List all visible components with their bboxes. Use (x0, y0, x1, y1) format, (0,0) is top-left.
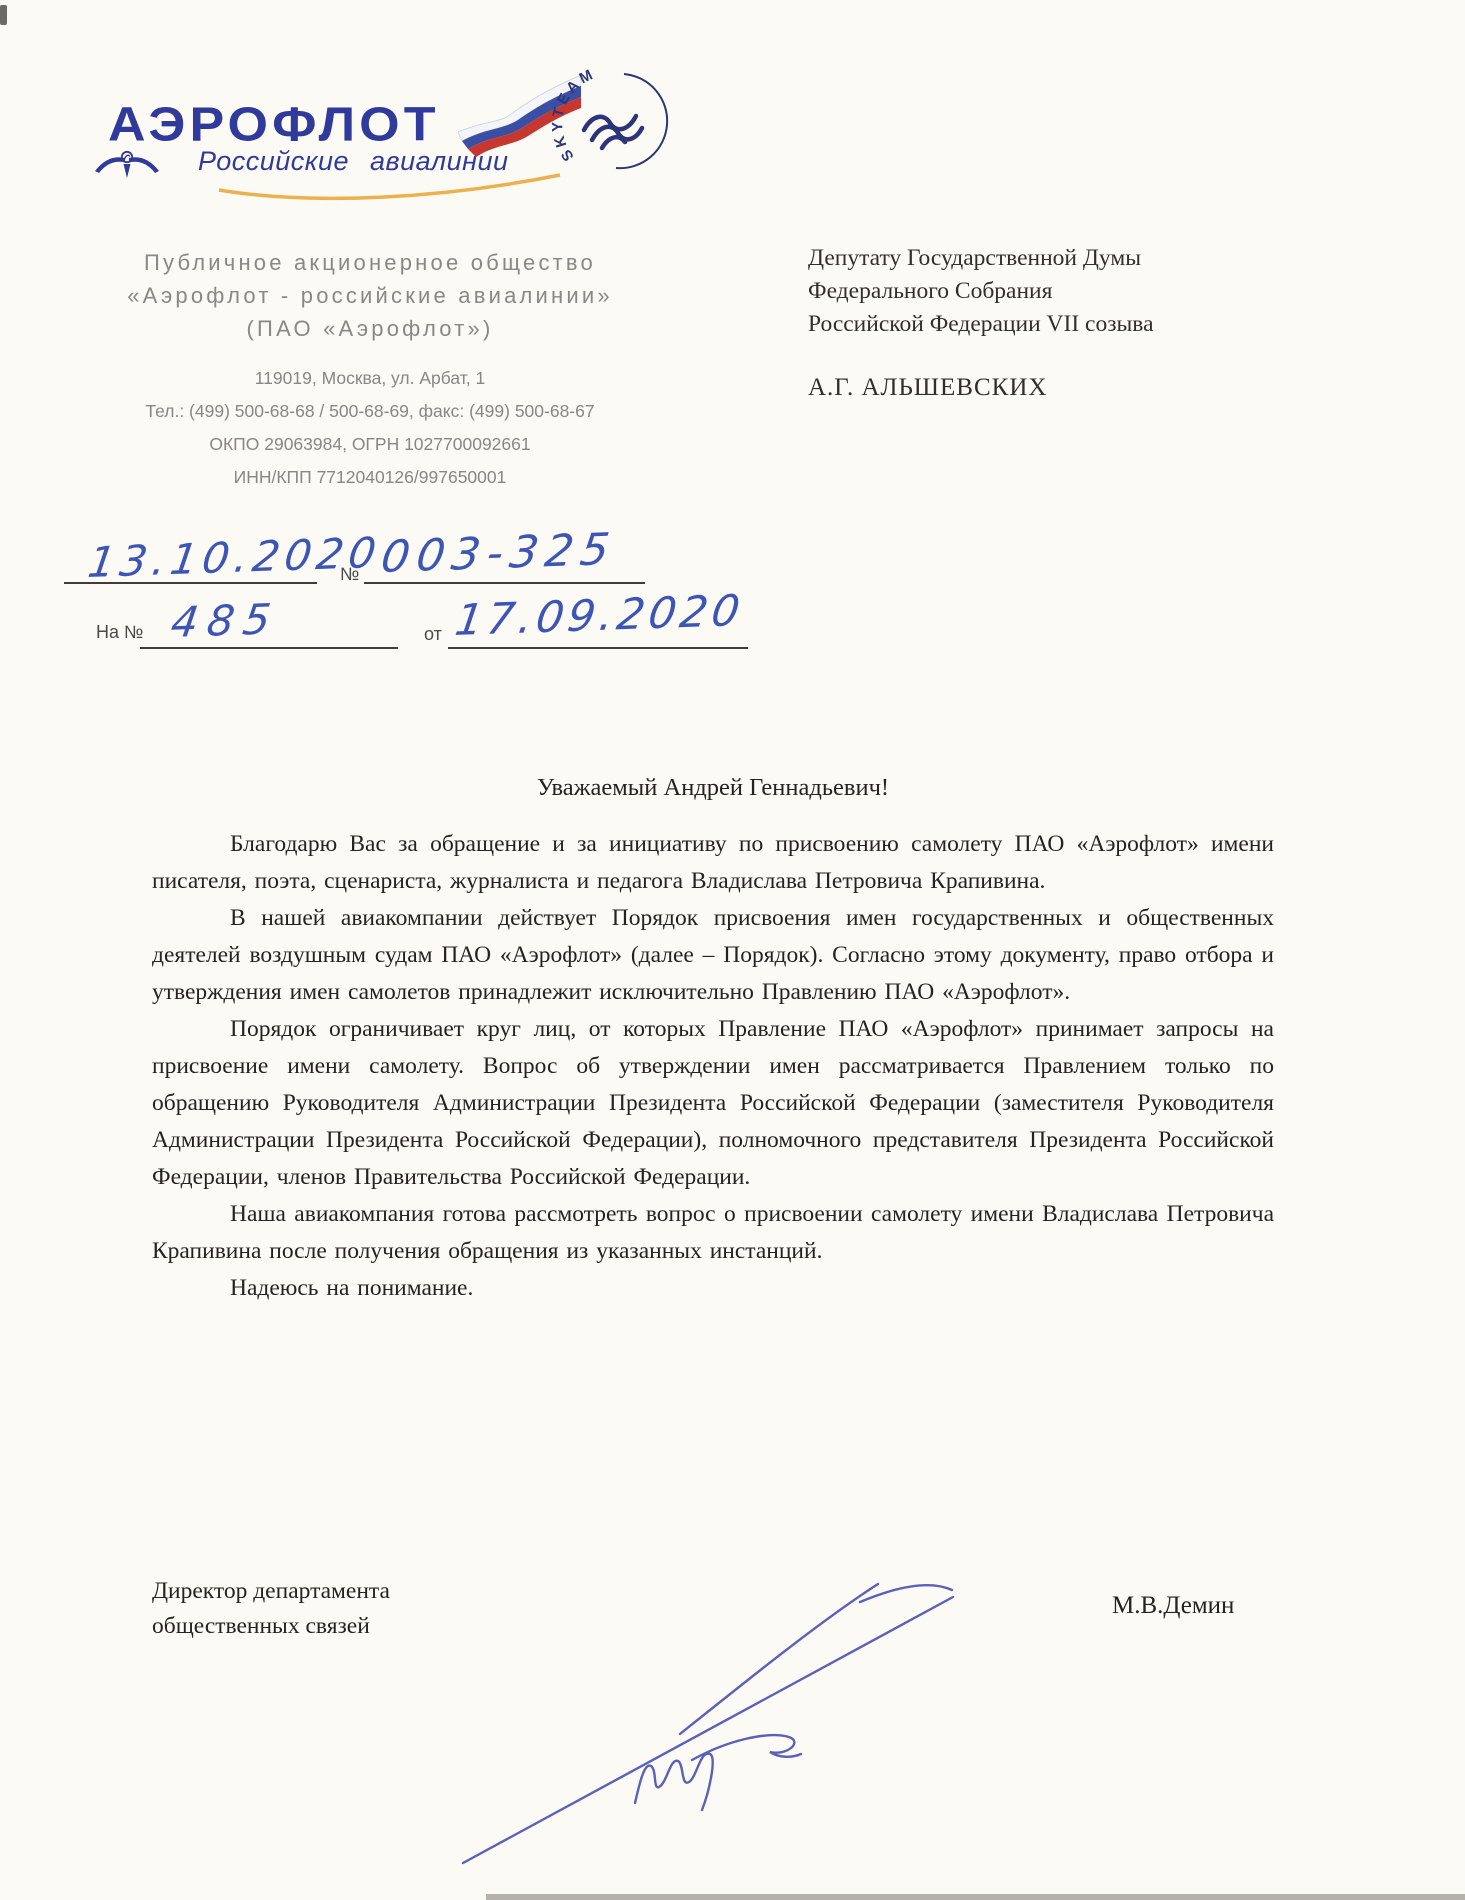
sender-tax-ids: ИНН/КПП 7712040126/997650001 (64, 461, 676, 494)
letter-scan: АЭРОФЛОТ Российские авиалинии SKYTEAM (0, 0, 1465, 1900)
salutation: Уважаемый Андрей Геннадьевич! (152, 774, 1274, 802)
incoming-date-line (448, 647, 748, 649)
signer-title-line1: Директор департамента (152, 1574, 390, 1609)
sender-org-line2: «Аэрофлот - российские авиалинии» (64, 279, 676, 312)
sender-phones: Тел.: (499) 500-68-68 / 500-68-69, факс:… (64, 395, 676, 428)
paragraph: Надеюсь на понимание. (152, 1270, 1274, 1307)
signer-title-block: Директор департамента общественных связе… (152, 1574, 390, 1644)
recipient-name: А.Г. АЛЬШЕВСКИХ (808, 374, 1047, 402)
sender-address: 119019, Москва, ул. Арбат, 1 (64, 362, 676, 395)
sender-org-block: Публичное акционерное общество «Аэрофлот… (64, 246, 676, 345)
orange-swoosh-icon (215, 172, 565, 206)
sender-org-line3: (ПАО «Аэрофлот») (64, 312, 676, 345)
skyteam-logo-icon: SKYTEAM (546, 56, 674, 184)
skyteam-wordmark: SKYTEAM (549, 65, 598, 164)
paragraph: Порядок ограничивает круг лиц, от которы… (152, 1011, 1274, 1196)
incoming-number-line (140, 647, 398, 649)
sender-org-line1: Публичное акционерное общество (64, 246, 676, 279)
aeroflot-wordmark: АЭРОФЛОТ (108, 96, 440, 152)
svg-text:SKYTEAM: SKYTEAM (549, 65, 598, 164)
signer-title-line2: общественных связей (152, 1609, 390, 1644)
from-date-label: от (424, 624, 442, 645)
paragraph: В нашей авиакомпании действует Порядок п… (152, 900, 1274, 1011)
scan-bottom-edge (486, 1894, 1465, 1900)
incoming-number-handwritten: 485 (168, 594, 283, 647)
recipient-line1: Депутату Государственной Думы (808, 242, 1268, 275)
recipient-block: Депутату Государственной Думы Федерально… (808, 242, 1268, 341)
paragraph: Благодарю Вас за обращение и за инициати… (152, 826, 1274, 900)
number-label: № (340, 564, 359, 585)
paragraph: Наша авиакомпания готова рассмотреть воп… (152, 1196, 1274, 1270)
letter-body: Благодарю Вас за обращение и за инициати… (152, 826, 1274, 1307)
scan-corner-mark (0, 5, 7, 25)
signer-name: М.В.Демин (1112, 1592, 1234, 1620)
recipient-line2: Федерального Собрания (808, 275, 1268, 308)
outgoing-number-line (364, 582, 645, 584)
aeroflot-wings-icon (94, 146, 160, 182)
recipient-line3: Российской Федерации VII созыва (808, 308, 1268, 341)
sender-contact-block: 119019, Москва, ул. Арбат, 1 Тел.: (499)… (64, 362, 676, 494)
sender-registry: ОКПО 29063984, ОГРН 1027700092661 (64, 428, 676, 461)
handwritten-signature (430, 1560, 970, 1880)
outgoing-number-handwritten: 003-325 (378, 524, 619, 583)
reply-to-label: На № (96, 622, 143, 643)
incoming-date-handwritten: 17.09.2020 (452, 586, 747, 646)
